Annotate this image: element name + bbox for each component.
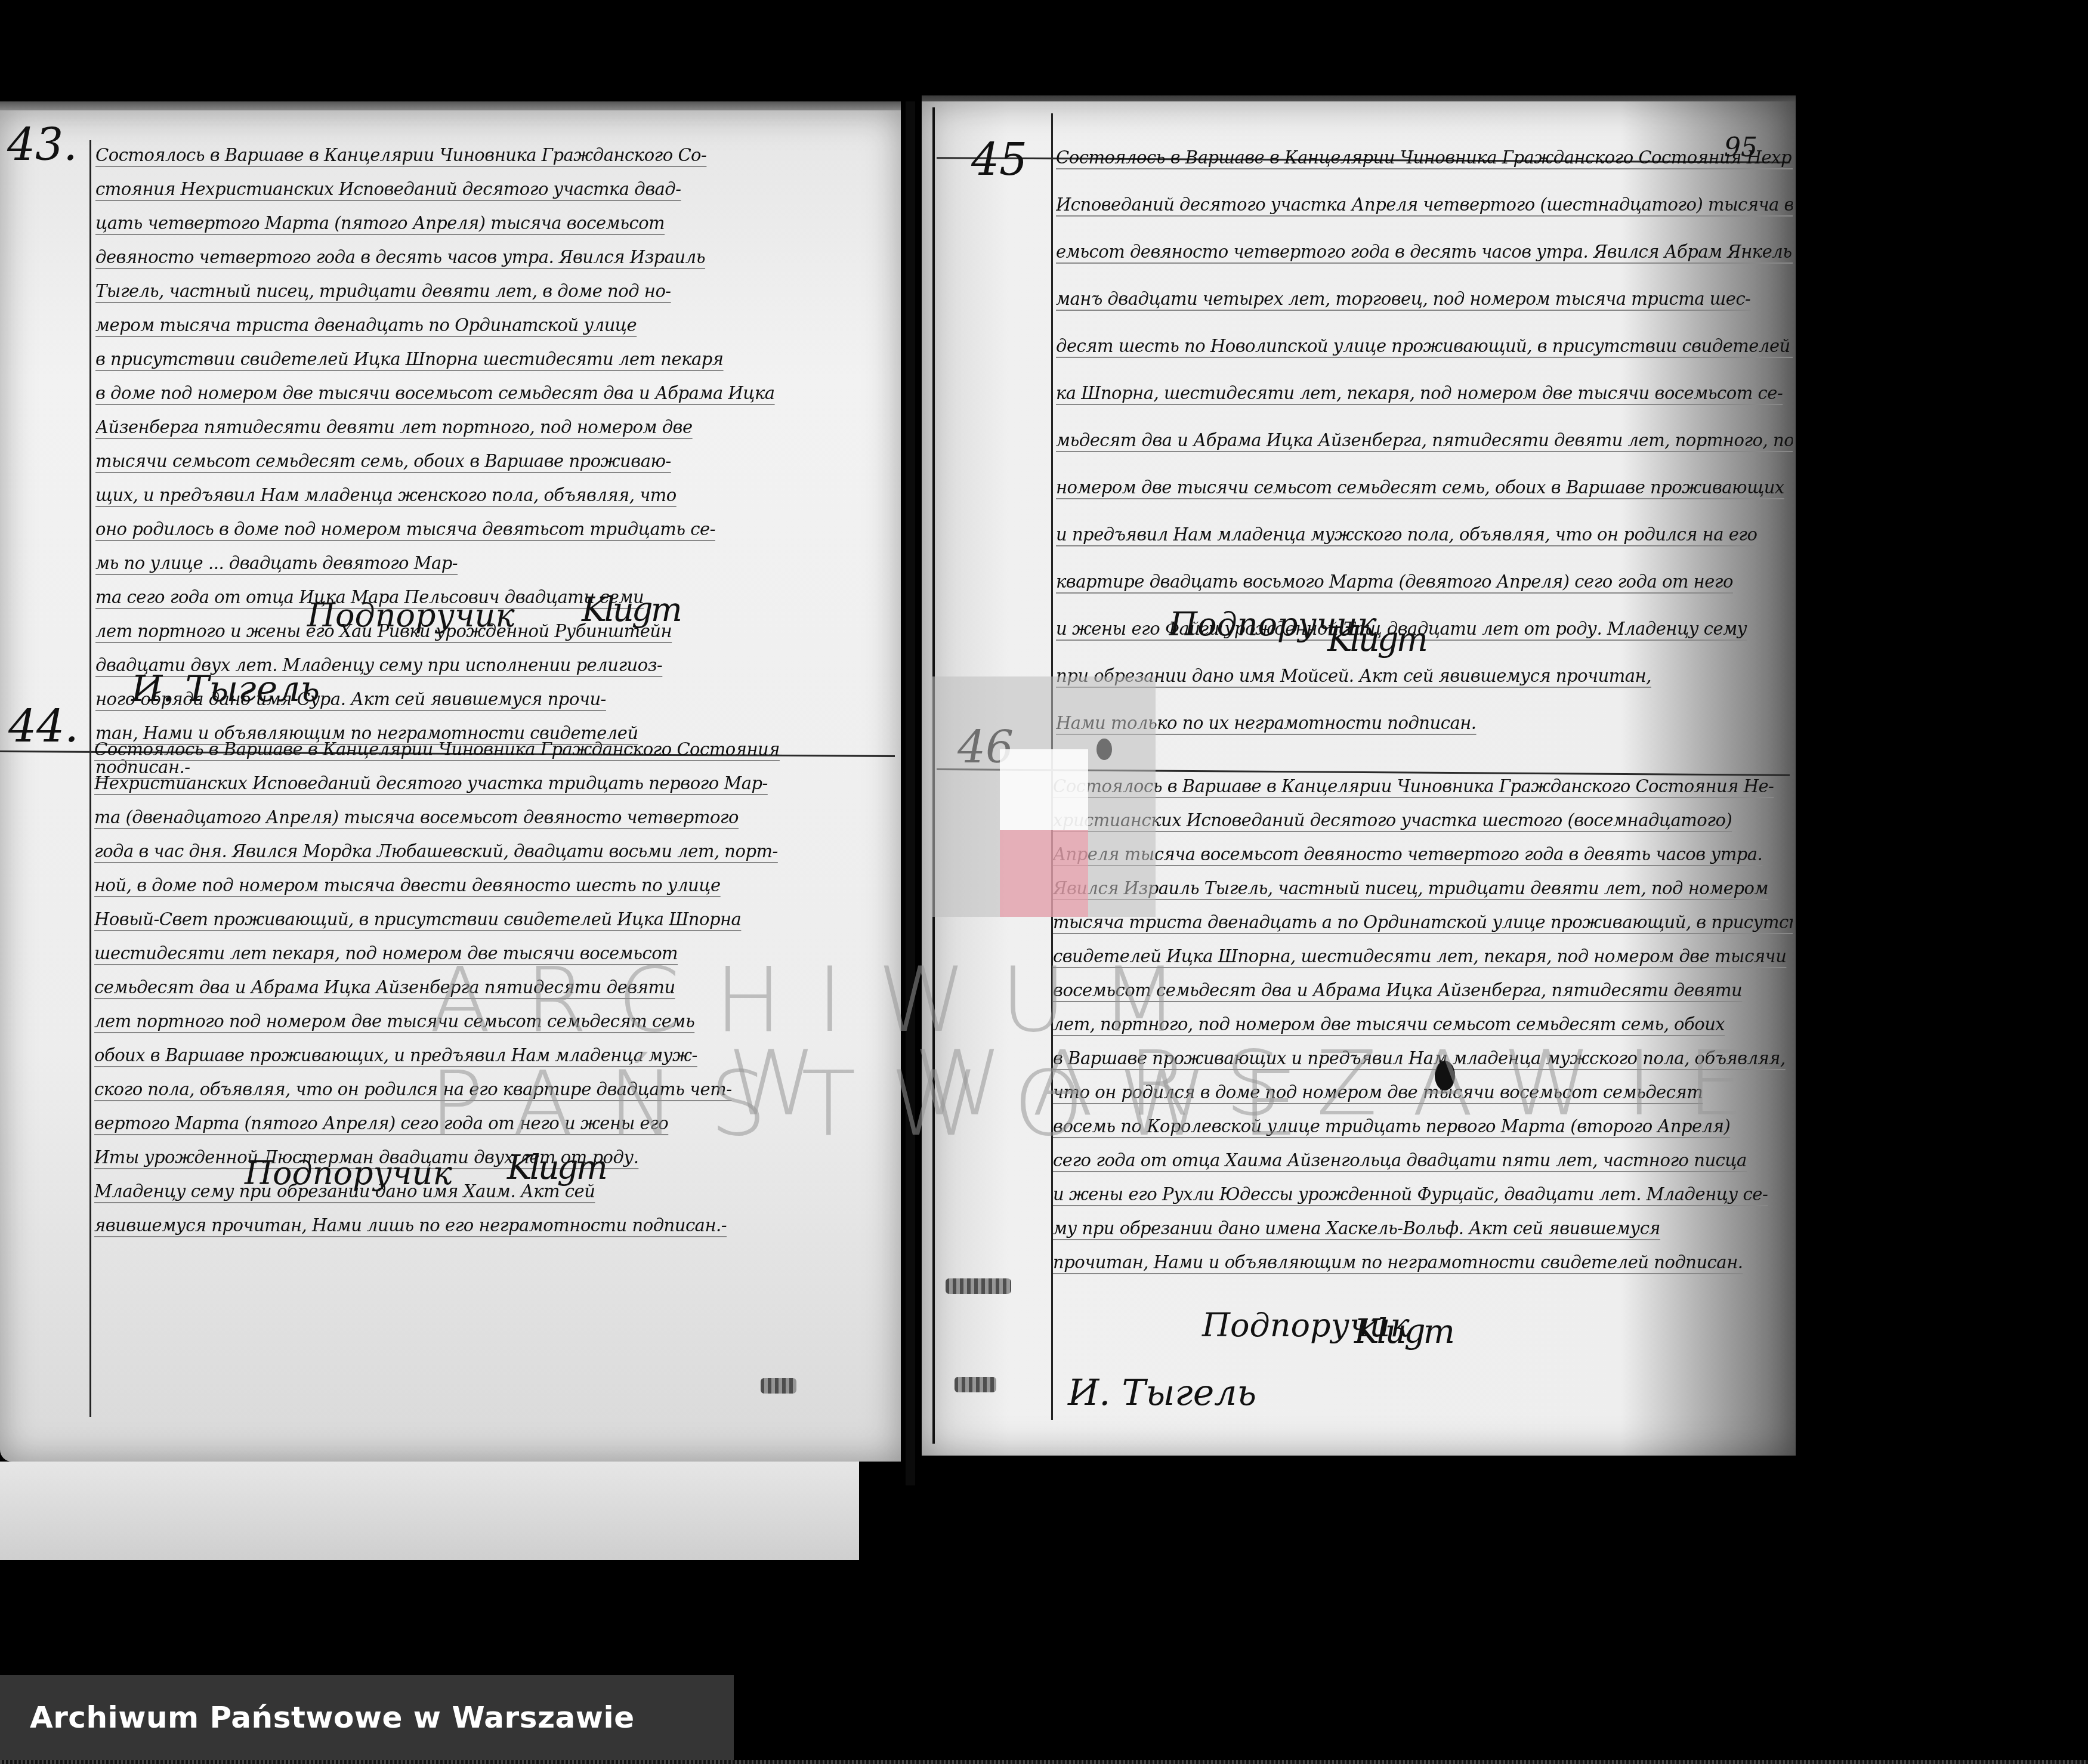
entry-number-45: 45	[971, 134, 1027, 186]
watermark-text-line2: W WARSZAWIE	[728, 1032, 1778, 1136]
entry-number-44: 44.	[8, 701, 79, 752]
left-page-underlying-sheet	[0, 1462, 859, 1560]
signature-official-45: Klugm	[1327, 620, 1426, 659]
logo-white-block	[1000, 749, 1088, 830]
archive-name-banner: Archiwum Państwowe w Warszawie	[0, 1675, 734, 1760]
signature-title-43: Подпоручик	[307, 597, 515, 634]
archive-name-label: Archiwum Państwowe w Warszawie	[30, 1700, 635, 1735]
book-spine	[906, 101, 915, 1485]
left-margin-rule	[89, 140, 91, 1417]
scan-edge-noise	[0, 1760, 2088, 1764]
archive-logo-watermark	[931, 676, 1156, 917]
signature-declarant-43: И. Тыгель	[131, 668, 320, 710]
signature-title-44: Подпоручик	[245, 1154, 452, 1192]
logo-red-block	[1000, 830, 1088, 917]
binding-thread-mark	[761, 1378, 796, 1394]
binding-thread-mark	[955, 1377, 996, 1392]
binding-thread-mark	[946, 1278, 1011, 1294]
signature-declarant-46: И. Тыгель	[1068, 1372, 1256, 1414]
signature-official-43: Klugm	[582, 591, 680, 629]
signature-official-46: Klugm	[1354, 1312, 1453, 1351]
entry-number-43: 43.	[7, 119, 78, 171]
